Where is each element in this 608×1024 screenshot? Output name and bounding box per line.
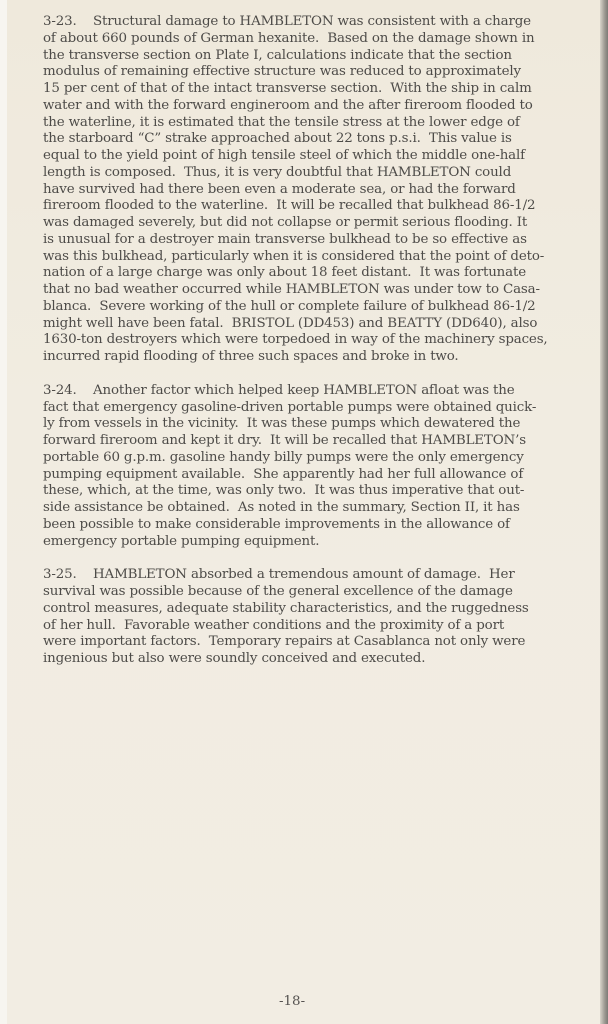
paragraph-3-25: 3-25. HAMBLETON absorbed a tremendous am…	[43, 567, 603, 668]
text-line: side assistance be obtained. As noted in…	[43, 500, 603, 517]
page-edge-shadow	[600, 0, 608, 1024]
text-line: emergency portable pumping equipment.	[43, 534, 603, 551]
text-line: 15 per cent of that of the intact transv…	[43, 81, 603, 98]
text-line: forward fireroom and kept it dry. It wil…	[43, 433, 603, 450]
text-line: 1630-ton destroyers which were torpedoed…	[43, 332, 603, 349]
text-line: been possible to make considerable impro…	[43, 517, 603, 534]
text-line: water and with the forward engineroom an…	[43, 98, 603, 115]
text-line: equal to the yield point of high tensile…	[43, 148, 603, 165]
page-left-margin	[0, 0, 7, 1024]
text-line: were important factors. Temporary repair…	[43, 634, 603, 651]
text-line: survival was possible because of the gen…	[43, 584, 603, 601]
body-text: 3-23. Structural damage to HAMBLETON was…	[43, 14, 603, 685]
text-line: length is composed. Thus, it is very dou…	[43, 165, 603, 182]
text-line: have survived had there been even a mode…	[43, 182, 603, 199]
text-line: the transverse section on Plate I, calcu…	[43, 48, 603, 65]
text-line: incurred rapid flooding of three such sp…	[43, 349, 603, 366]
text-line: the waterline, it is estimated that the …	[43, 115, 603, 132]
text-line: blanca. Severe working of the hull or co…	[43, 299, 603, 316]
document-page: 3-23. Structural damage to HAMBLETON was…	[7, 0, 601, 1024]
text-line: was damaged severely, but did not collap…	[43, 215, 603, 232]
text-line: of about 660 pounds of German hexanite. …	[43, 31, 603, 48]
text-line: is unusual for a destroyer main transver…	[43, 232, 603, 249]
text-line: pumping equipment available. She apparen…	[43, 467, 603, 484]
text-line: these, which, at the time, was only two.…	[43, 483, 603, 500]
text-line: control measures, adequate stability cha…	[43, 601, 603, 618]
text-line: 3-23. Structural damage to HAMBLETON was…	[43, 14, 603, 31]
paragraph-3-23: 3-23. Structural damage to HAMBLETON was…	[43, 14, 603, 366]
text-line: modulus of remaining effective structure…	[43, 64, 603, 81]
text-line: 3-25. HAMBLETON absorbed a tremendous am…	[43, 567, 603, 584]
text-line: that no bad weather occurred while HAMBL…	[43, 282, 603, 299]
paragraph-3-24: 3-24. Another factor which helped keep H…	[43, 383, 603, 551]
text-line: nation of a large charge was only about …	[43, 265, 603, 282]
page-number: -18-	[279, 994, 305, 1009]
text-line: ingenious but also were soundly conceive…	[43, 651, 603, 668]
text-line: of her hull. Favorable weather condition…	[43, 618, 603, 635]
text-line: was this bulkhead, particularly when it …	[43, 249, 603, 266]
text-line: fact that emergency gasoline-driven port…	[43, 400, 603, 417]
text-line: portable 60 g.p.m. gasoline handy billy …	[43, 450, 603, 467]
text-line: the starboard “C” strake approached abou…	[43, 131, 603, 148]
text-line: 3-24. Another factor which helped keep H…	[43, 383, 603, 400]
text-line: fireroom flooded to the waterline. It wi…	[43, 198, 603, 215]
text-line: might well have been fatal. BRISTOL (DD4…	[43, 316, 603, 333]
text-line: ly from vessels in the vicinity. It was …	[43, 416, 603, 433]
